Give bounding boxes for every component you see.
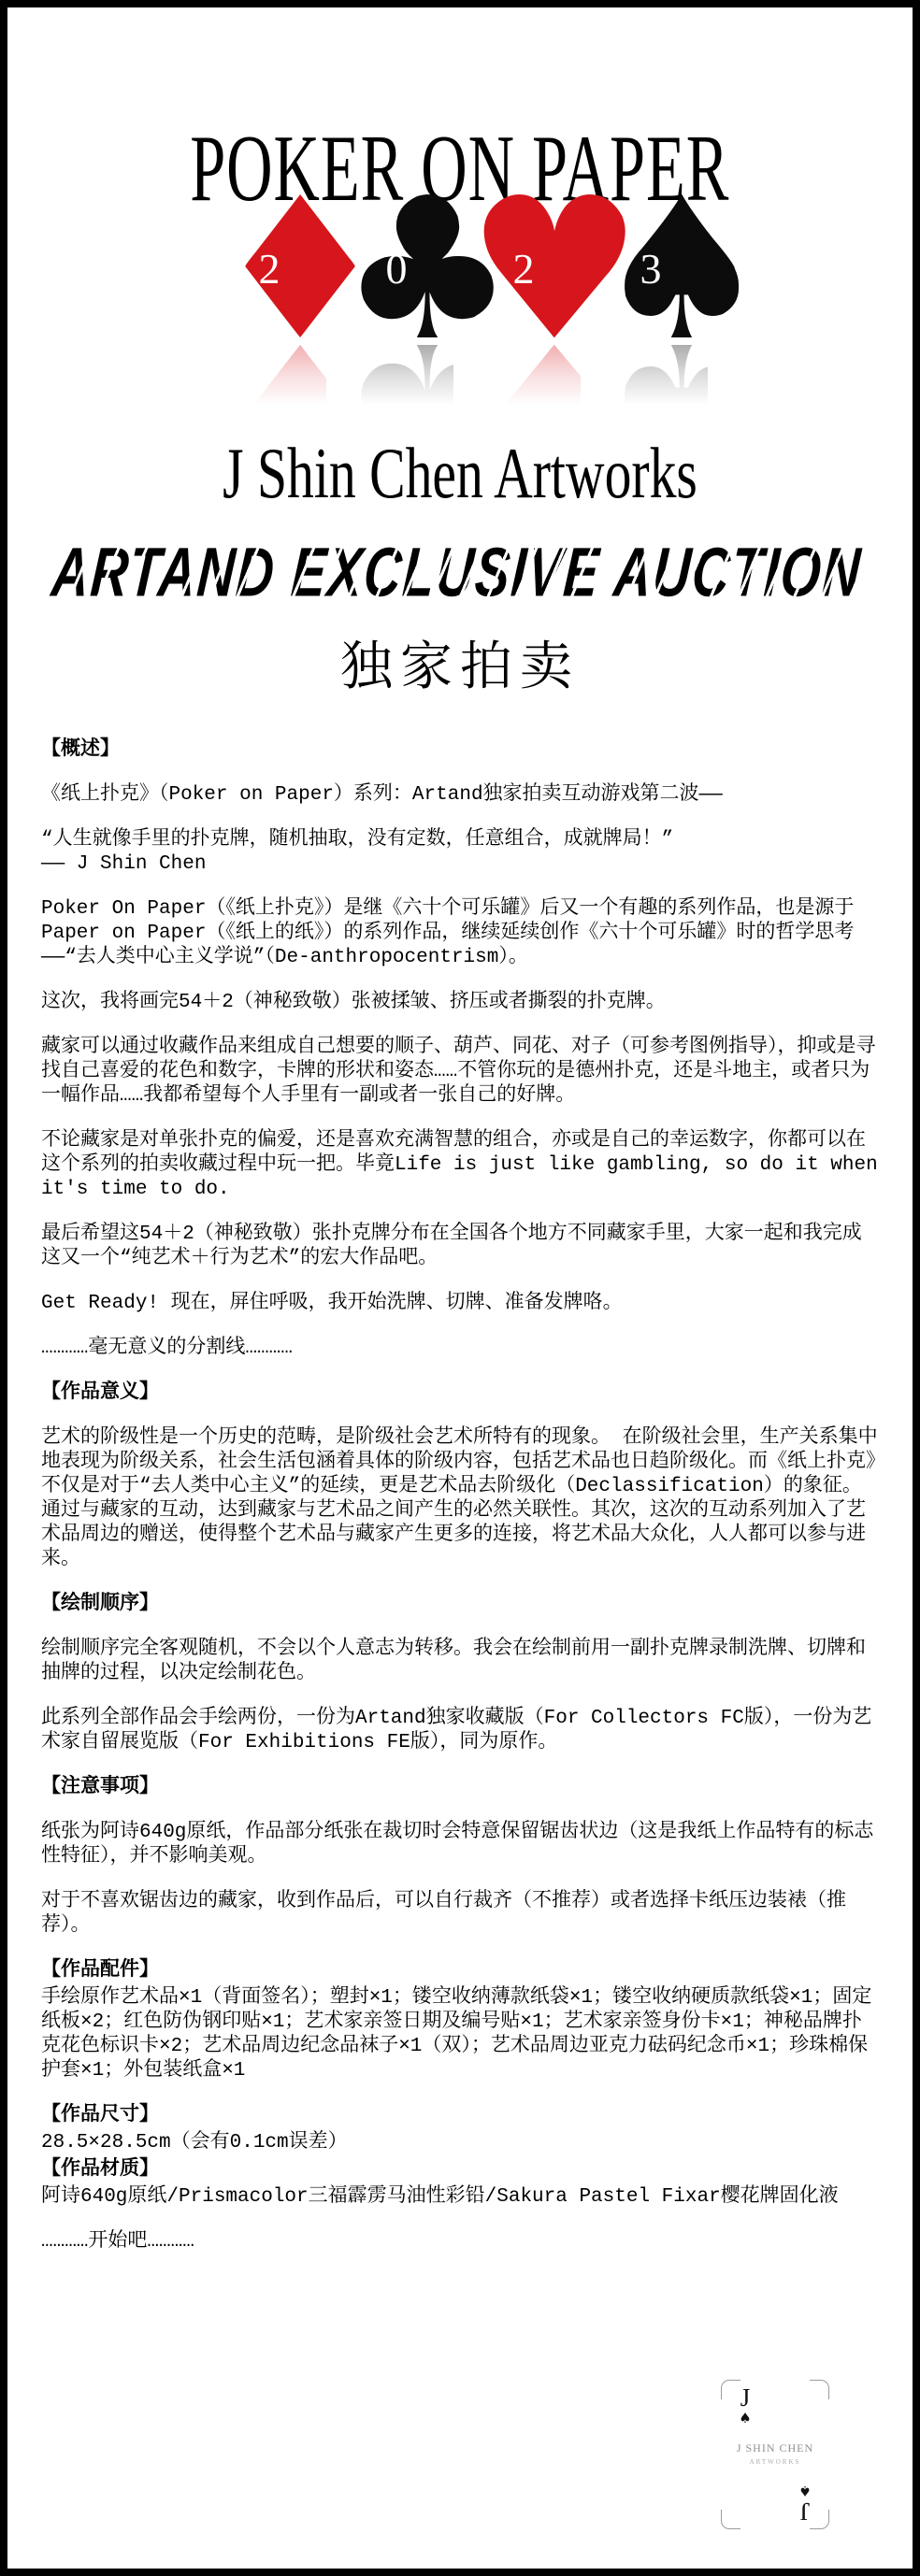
card-corner-icon: [721, 2510, 740, 2529]
year-digit: 3: [594, 248, 708, 291]
body-paragraph: 《纸上扑克》（Poker on Paper）系列：Artand独家拍卖互动游戏第…: [41, 783, 881, 808]
suit-column-spade: ♠3♠: [594, 199, 708, 416]
body-paragraph: 艺术的阶级性是一个历史的范畴，是阶级社会艺术所特有的现象。 在阶级社会里，生产关…: [41, 1426, 881, 1572]
artist-brand: J Shin Chen Artworks: [7, 433, 913, 498]
body-paragraph: 这次，我将画完54＋2（神秘致敬）张被揉皱、挤压或者撕裂的扑克牌。: [41, 991, 881, 1015]
heart-icon: ♥2: [467, 199, 581, 341]
section-heading: 【注意事项】: [41, 1776, 881, 1800]
auction-title-en: ARTAND EXCLUSIVE AUCTION: [7, 533, 913, 591]
suit-column-club: ♣0♣: [339, 199, 453, 416]
section-heading: 【作品配件】: [41, 1959, 881, 1983]
card-rank-letter: J: [792, 2498, 818, 2524]
section-heading: 【作品尺寸】: [41, 2104, 881, 2128]
spade-icon: ♠: [732, 2411, 758, 2426]
body-paragraph: 28.5×28.5cm（会有0.1cm误差）: [41, 2131, 881, 2155]
suit-column-diamond: ♦2♦: [212, 199, 326, 416]
auction-title-en-text: ARTAND EXCLUSIVE AUCTION: [50, 533, 865, 611]
body-paragraph: 不论藏家是对单张扑克的偏爱，还是喜欢充满智慧的组合，亦或是自己的幸运数字，你都可…: [41, 1129, 881, 1202]
spade-reflection: ♠: [594, 341, 708, 416]
body-paragraph: Get Ready! 现在，屏住呼吸，我开始洗牌、切牌、准备发牌咯。: [41, 1292, 881, 1316]
heart-reflection-glyph: ♥: [467, 341, 581, 416]
body-paragraph: 纸张为阿诗640g原纸，作品部分纸张在裁切时会特意保留锯齿状边（这是我纸上作品特…: [41, 1821, 881, 1869]
club-reflection-glyph: ♣: [339, 341, 453, 416]
card-rank-top: J ♠: [732, 2385, 758, 2426]
body-paragraph: 最后希望这54＋2（神秘致敬）张扑克牌分布在全国各个地方不同藏家手里，大家一起和…: [41, 1223, 881, 1271]
body-paragraph: Poker On Paper（《纸上扑克》）是继《六十个可乐罐》后又一个有趣的系…: [41, 897, 881, 970]
spade-reflection-glyph: ♠: [594, 341, 708, 416]
watermark-artist-sub: ARTWORKS: [721, 2458, 829, 2466]
year-digit: 0: [339, 248, 453, 291]
diamond-icon: ♦2: [212, 199, 326, 341]
body-paragraph: …………开始吧…………: [41, 2230, 881, 2254]
club-icon: ♣0: [339, 199, 453, 341]
body-paragraph: 藏家可以通过收藏作品来组成自己想要的顺子、葫芦、同花、对子（可参考图例指导），抑…: [41, 1036, 881, 1109]
body-paragraph: 阿诗640g原纸/Prismacolor三福霹雳马油性彩铅/Sakura Pas…: [41, 2185, 881, 2210]
card-rank-letter: J: [732, 2385, 758, 2411]
playing-card-watermark: J ♠ J SHIN CHEN ARTWORKS J ♠: [721, 2380, 829, 2529]
year-digit: 2: [467, 248, 581, 291]
watermark-artist-name: J SHIN CHEN: [721, 2441, 829, 2455]
body-paragraph: 手绘原作艺术品×1（背面签名）；塑封×1；镂空收纳薄款纸袋×1；镂空收纳硬质款纸…: [41, 1986, 881, 2083]
auction-page: POKER ON PAPER ♦2♦♣0♣♥2♥♠3♠ J Shin Chen …: [0, 0, 920, 2576]
body-paragraph: 对于不喜欢锯齿边的藏家，收到作品后，可以自行裁齐（不推荐）或者选择卡纸压边装裱（…: [41, 1890, 881, 1939]
artist-brand-text: J Shin Chen Artworks: [223, 433, 697, 515]
section-heading: 【作品意义】: [41, 1381, 881, 1406]
diamond-reflection: ♦: [212, 341, 326, 416]
section-heading: 【绘制顺序】: [41, 1593, 881, 1617]
card-rank-bottom: J ♠: [792, 2483, 818, 2524]
spade-icon: ♠: [792, 2483, 818, 2498]
body-paragraph: “人生就像手里的扑克牌，随机抽取，没有定数，任意组合，成就牌局！” —— J S…: [41, 828, 881, 877]
section-heading: 【作品材质】: [41, 2158, 881, 2182]
body-paragraph: …………毫无意义的分割线…………: [41, 1337, 881, 1361]
auction-title-zh: 独家拍卖: [7, 637, 913, 697]
header-artwork: POKER ON PAPER ♦2♦♣0♣♥2♥♠3♠ J Shin Chen …: [7, 7, 913, 738]
section-heading: 【概述】: [41, 738, 881, 763]
body-paragraph: 此系列全部作品会手绘两份，一份为Artand独家收藏版（For Collecto…: [41, 1707, 881, 1755]
year-digit: 2: [212, 248, 326, 291]
body-paragraph: 绘制顺序完全客观随机，不会以个人意志为转移。我会在绘制前用一副扑克牌录制洗牌、切…: [41, 1638, 881, 1686]
card-corner-icon: [810, 2380, 829, 2399]
suit-column-heart: ♥2♥: [467, 199, 581, 416]
card-suits-2023: ♦2♦♣0♣♥2♥♠3♠: [7, 199, 913, 416]
heart-reflection: ♥: [467, 341, 581, 416]
diamond-reflection-glyph: ♦: [212, 341, 326, 416]
spade-icon: ♠3: [594, 199, 708, 341]
listing-description: 【概述】《纸上扑克》（Poker on Paper）系列：Artand独家拍卖互…: [41, 738, 881, 2254]
club-reflection: ♣: [339, 341, 453, 416]
